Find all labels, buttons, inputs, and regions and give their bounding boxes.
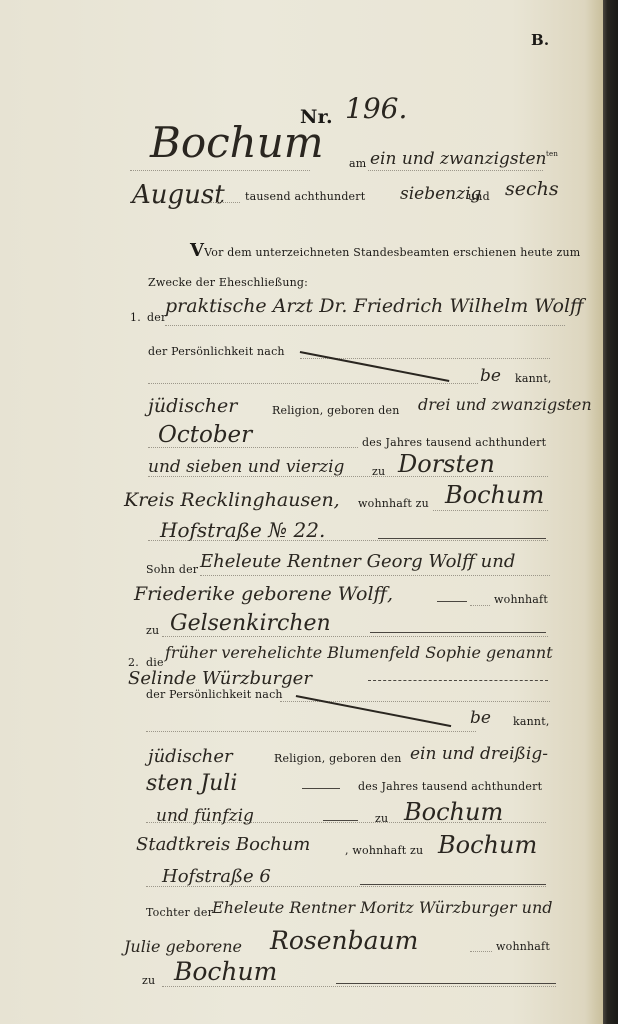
bride-be-prefix: be — [470, 708, 491, 728]
bride-birth-day: ein und dreißig- — [410, 744, 548, 764]
groom-parents-wohnhaft-label: wohnhaft — [494, 593, 548, 606]
rule — [165, 325, 565, 326]
groom-birth-year: und sieben und vierzig — [148, 457, 344, 477]
fill-dash — [370, 632, 546, 633]
rule — [470, 605, 490, 606]
bride-zu-label: zu — [375, 812, 388, 825]
groom-parents-line-2: Friederike geborene Wolff, — [134, 583, 393, 605]
day-suffix: ten — [546, 150, 558, 158]
rule — [200, 575, 550, 576]
rule — [368, 170, 543, 171]
intro-initial: V — [190, 240, 204, 261]
bride-birth-place: Bochum — [404, 798, 503, 826]
bride-jahres-label: des Jahres tausend achthundert — [358, 780, 542, 793]
groom-name: praktische Arzt Dr. Friedrich Wilhelm Wo… — [165, 295, 584, 317]
rule — [130, 170, 310, 171]
fill-dash — [336, 983, 556, 984]
rule — [162, 636, 548, 637]
fill-dash — [368, 680, 548, 681]
fill-dash — [302, 788, 340, 789]
cancel-stroke — [300, 351, 449, 381]
bride-religion: jüdischer — [148, 746, 233, 767]
groom-jahres-label: des Jahres tausend achthundert — [362, 436, 546, 449]
cancel-stroke — [296, 695, 451, 727]
rule — [146, 731, 476, 732]
intro-line-1: VVor dem unterzeichneten Standesbeamten … — [190, 240, 580, 261]
groom-parents-residence: Gelsenkirchen — [170, 611, 331, 636]
book-binding-edge — [603, 0, 618, 1024]
register-page: B. Nr. 196. Bochum am ein und zwanzigste… — [0, 0, 603, 1024]
am-label: am — [349, 157, 366, 170]
groom-kannt-label: kannt, — [515, 372, 552, 385]
groom-birth-month: October — [158, 422, 252, 448]
bride-kannt-label: kannt, — [513, 715, 550, 728]
bride-parents-line-1: Eheleute Rentner Moritz Würzburger und — [212, 898, 552, 917]
groom-wohnhaft-label: wohnhaft zu — [358, 497, 429, 510]
rule — [148, 383, 478, 384]
groom-birth-district: Kreis Recklinghausen, — [124, 489, 340, 511]
bride-address: Hofstraße 6 — [162, 866, 271, 887]
groom-persoenlichkeit-label: der Persönlichkeit nach — [148, 345, 285, 358]
rule — [470, 951, 492, 952]
bride-birth-district: Stadtkreis Bochum — [136, 834, 310, 855]
bride-name-line-2: Selinde Würzburger — [128, 668, 312, 689]
bride-birth-year: und fünfzig — [156, 806, 254, 826]
rule — [433, 510, 548, 511]
bride-parents-residence: Bochum — [174, 957, 277, 986]
bride-religion-label: Religion, geboren den — [274, 752, 402, 765]
intro-line-1-text: Vor dem unterzeichneten Standesbeamten e… — [204, 246, 580, 259]
groom-birth-place: Dorsten — [398, 450, 495, 478]
fill-dash — [437, 601, 467, 602]
fill-dash — [360, 884, 546, 885]
bride-name-line-1: früher verehelichte Blumenfeld Sophie ge… — [165, 643, 553, 662]
bride-persoenlichkeit-label: der Persönlichkeit nach — [146, 688, 283, 701]
rule — [210, 202, 240, 203]
groom-index: 1. — [130, 311, 141, 324]
groom-religion-label: Religion, geboren den — [272, 404, 400, 417]
groom-zu-label: zu — [372, 465, 385, 478]
bride-residence: Bochum — [438, 831, 537, 859]
bride-wohnhaft-label: , wohnhaft zu — [345, 844, 423, 857]
bride-parents-zu-label: zu — [142, 974, 155, 987]
tausend-label: tausend achthundert — [245, 190, 365, 203]
groom-birth-day: drei und zwanzigsten — [418, 395, 592, 414]
und-label: und — [468, 190, 490, 203]
bride-parents-line-2b: Rosenbaum — [270, 926, 418, 955]
groom-be-prefix: be — [480, 366, 501, 386]
bride-parents-wohnhaft-label: wohnhaft — [496, 940, 550, 953]
marriage-month: August — [132, 180, 225, 210]
groom-parents-line-1: Eheleute Rentner Georg Wolff und — [200, 551, 515, 572]
groom-address: Hofstraße № 22. — [160, 518, 325, 542]
fill-dash — [323, 820, 358, 821]
marriage-year-units: sechs — [505, 178, 559, 200]
record-number: 196. — [345, 92, 407, 125]
form-letter: B. — [531, 31, 549, 49]
place-of-marriage: Bochum — [150, 118, 324, 167]
groom-parents-zu-label: zu — [146, 624, 159, 637]
groom-residence: Bochum — [445, 481, 544, 509]
marriage-day: ein und zwanzigsten — [370, 149, 546, 169]
bride-parents-line-2a: Julie geborene — [124, 937, 242, 956]
groom-religion: jüdischer — [148, 395, 237, 417]
rule — [162, 986, 556, 987]
groom-sohn-label: Sohn der — [146, 563, 198, 576]
bride-birth-month: sten Juli — [146, 771, 237, 796]
fill-dash — [378, 538, 546, 539]
intro-line-2: Zwecke der Eheschließung: — [148, 276, 308, 289]
groom-der-label: der — [147, 311, 166, 324]
bride-tochter-label: Tochter der — [146, 906, 213, 919]
